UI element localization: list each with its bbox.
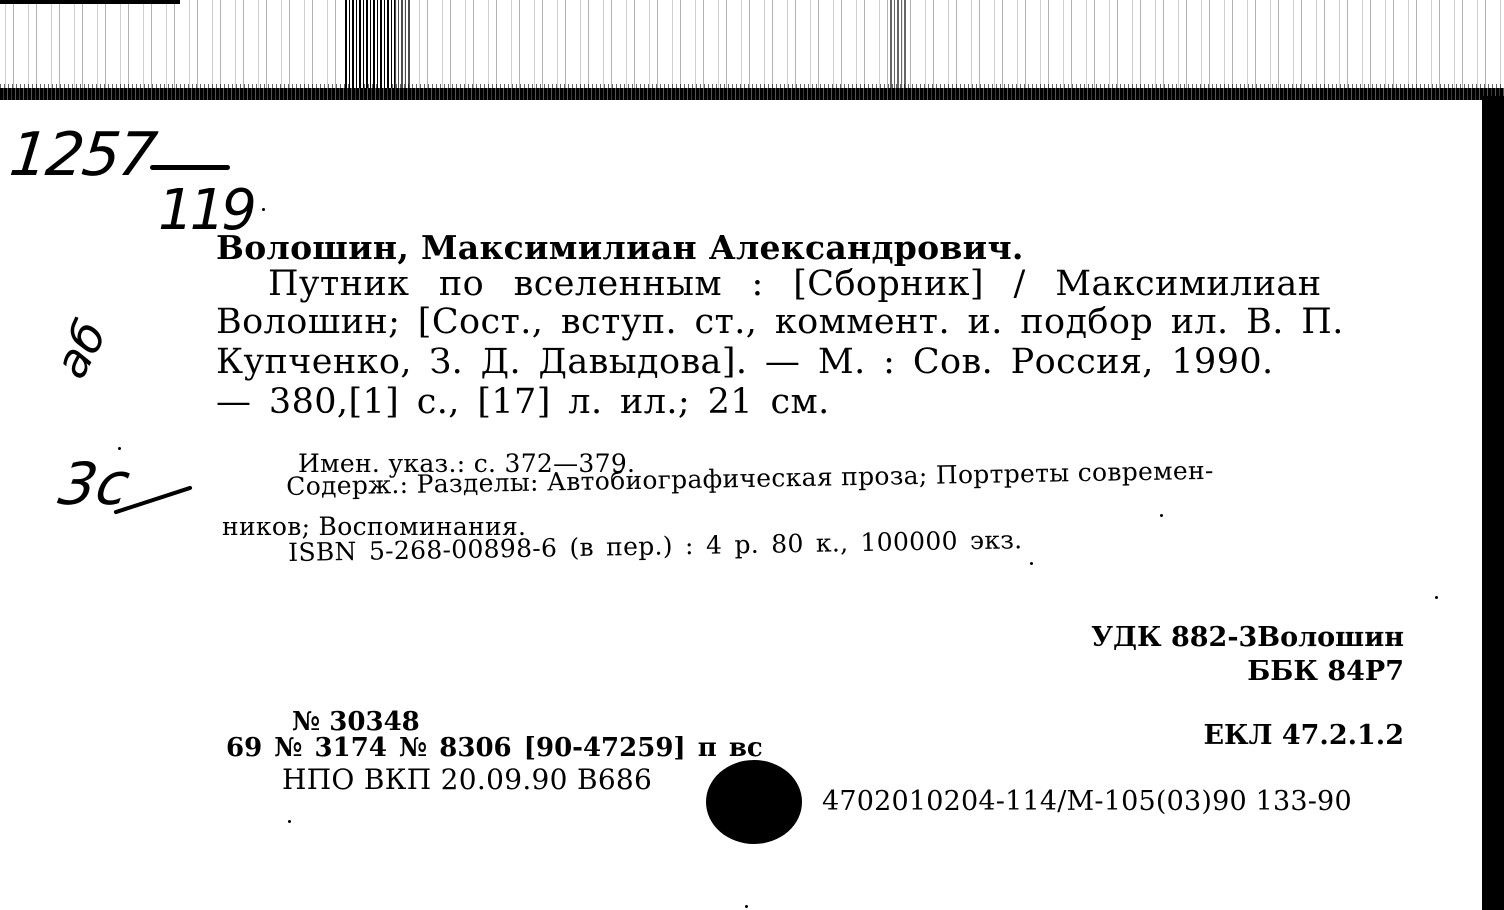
shelf-mark-top: 1257 [6, 120, 158, 190]
description-line: Путник по вселенным : [Сборник] / Максим… [268, 264, 1321, 304]
description-line: Волошин; [Сост., вступ. ст., коммент. и.… [216, 302, 1344, 342]
ekl-code: ЕКЛ 47.2.1.2 [1203, 720, 1404, 751]
scan-speck [1160, 514, 1163, 517]
bbk-code: ББК 84Р7 [1247, 656, 1404, 687]
scan-edge-strip [0, 0, 180, 4]
shelf-mark-divider [150, 165, 230, 170]
scan-speck [118, 447, 121, 450]
udk-code: УДК 882-3Волошин [1091, 622, 1404, 653]
printer-info: НПО ВКП 20.09.90 В686 [282, 763, 652, 796]
card-top-edge [0, 88, 1504, 100]
description-line: — 380,[1] с., [17] л. ил.; 21 см. [216, 382, 830, 422]
card-punch-hole [706, 760, 802, 844]
scan-speck [1435, 596, 1438, 599]
scan-edge-dark-block [380, 0, 410, 92]
handwritten-mark: аб [43, 311, 117, 386]
scan-speck [745, 905, 748, 908]
scan-speck [288, 820, 291, 823]
scan-speck [262, 208, 265, 211]
scan-speck [1030, 562, 1033, 565]
author-heading: Волошин, Максимилиан Александрович. [216, 228, 1024, 267]
scan-edge-dark-block [890, 0, 908, 92]
description-line: Купченко, З. Д. Давыдова]. — М. : Сов. Р… [216, 342, 1274, 382]
card-right-edge [1482, 96, 1504, 910]
order-numbers: 69 № 3174 № 8306 [90-47259] п вс [226, 733, 763, 763]
publication-code: 4702010204-114/М-105(03)90 133-90 [822, 786, 1352, 817]
